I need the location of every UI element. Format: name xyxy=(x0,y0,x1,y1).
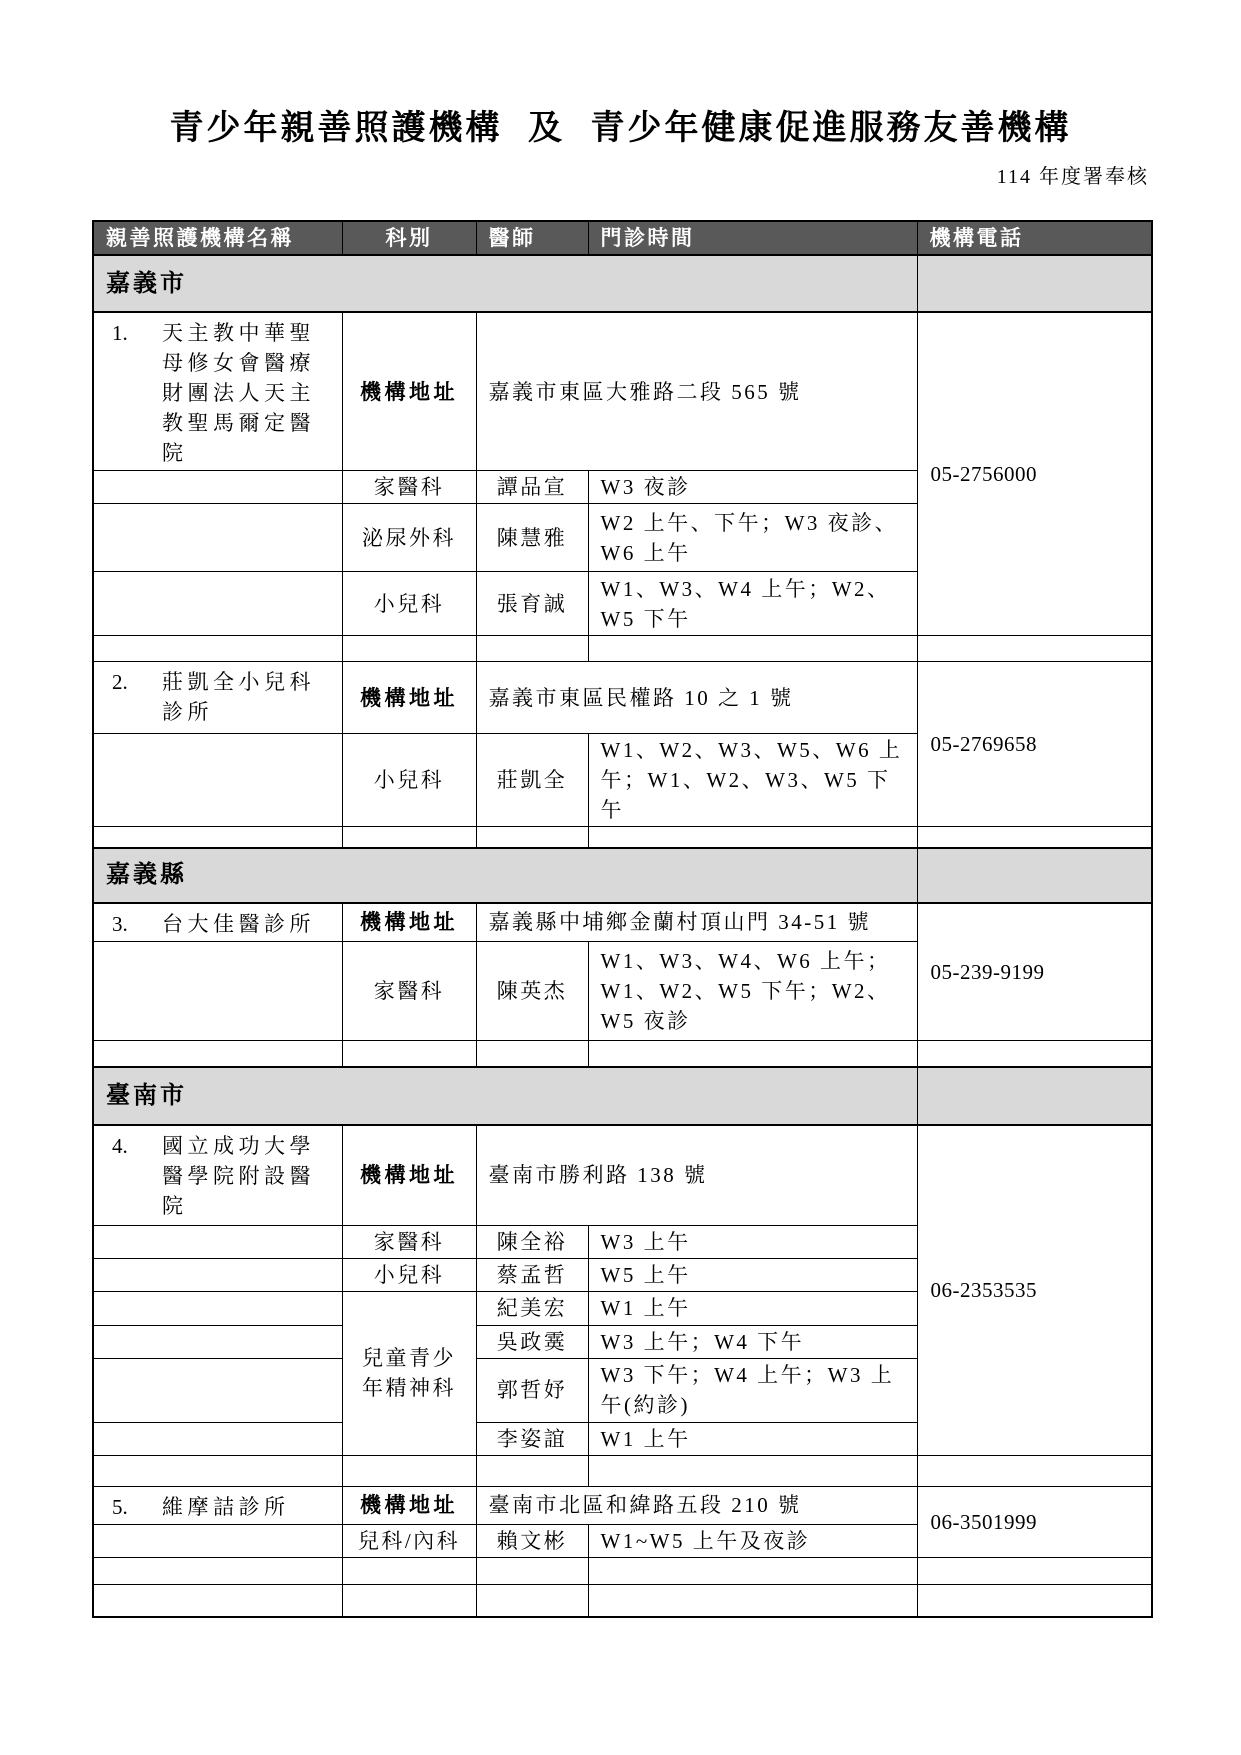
empty-cell xyxy=(93,941,342,1040)
hours-cell: W1、W3、W4、W6 上午；W1、W2、W5 下午；W2、W5 夜診 xyxy=(588,941,917,1040)
table-header-row: 親善照護機構名稱 科別 醫師 門診時間 機構電話 xyxy=(93,221,1152,255)
empty-cell xyxy=(93,1422,342,1455)
section-phone-cell xyxy=(917,1067,1152,1125)
header-cell-phone: 機構電話 xyxy=(917,221,1152,255)
page-title: 青少年親善照護機構 及 青少年健康促進服務友善機構 xyxy=(92,100,1149,149)
empty-cell xyxy=(588,636,917,662)
empty-cell xyxy=(93,636,342,662)
hours-cell: W1 上午 xyxy=(588,1422,917,1455)
empty-cell xyxy=(588,1455,917,1486)
section-label: 嘉義市 xyxy=(93,255,917,312)
institution-name: 維摩詰診所 xyxy=(162,1492,340,1522)
doctor-cell: 郭哲妤 xyxy=(476,1358,588,1422)
empty-cell xyxy=(342,1455,476,1486)
doctor-cell: 陳英杰 xyxy=(476,941,588,1040)
address-label: 機構地址 xyxy=(342,1125,476,1225)
institution-name-cell: 3. 台大佳醫診所 xyxy=(93,903,342,942)
empty-cell xyxy=(93,1557,342,1584)
empty-cell xyxy=(342,1557,476,1584)
empty-cell xyxy=(917,1455,1152,1486)
address-label: 機構地址 xyxy=(342,312,476,471)
doctor-cell: 張育誠 xyxy=(476,572,588,636)
empty-cell xyxy=(93,734,342,827)
phone-value: 05-2756000 xyxy=(917,312,1152,636)
institution-5-address-row: 5. 維摩詰診所 機構地址 臺南市北區和緯路五段 210 號 06-350199… xyxy=(93,1486,1152,1524)
address-label: 機構地址 xyxy=(342,903,476,942)
hours-cell: W1 上午 xyxy=(588,1291,917,1325)
institution-name: 台大佳醫診所 xyxy=(162,909,340,939)
section-row-chiayi-city: 嘉義市 xyxy=(93,255,1152,312)
section-label: 嘉義縣 xyxy=(93,848,917,903)
doctor-cell: 紀美宏 xyxy=(476,1291,588,1325)
empty-cell xyxy=(93,1258,342,1291)
institution-name: 莊凱全小兒科診所 xyxy=(162,667,340,727)
dept-cell: 小兒科 xyxy=(342,1258,476,1291)
institution-name: 天主教中華聖母修女會醫療財團法人天主教聖馬爾定醫院 xyxy=(162,318,340,468)
address-value: 嘉義市東區大雅路二段 565 號 xyxy=(476,312,917,471)
doctor-cell: 莊凱全 xyxy=(476,734,588,827)
address-value: 臺南市北區和緯路五段 210 號 xyxy=(476,1486,917,1524)
section-label: 臺南市 xyxy=(93,1067,917,1125)
empty-row xyxy=(93,1557,1152,1584)
doctor-cell: 譚品宣 xyxy=(476,471,588,504)
address-value: 嘉義縣中埔鄉金蘭村頂山門 34-51 號 xyxy=(476,903,917,942)
header-cell-hours: 門診時間 xyxy=(588,221,917,255)
empty-cell xyxy=(342,636,476,662)
dept-cell: 家醫科 xyxy=(342,1225,476,1258)
empty-cell xyxy=(93,1325,342,1358)
empty-cell xyxy=(917,827,1152,848)
hours-cell: W3 下午；W4 上午；W3 上午(約診) xyxy=(588,1358,917,1422)
document-page: 青少年親善照護機構 及 青少年健康促進服務友善機構 114 年度署奉核 親善照護… xyxy=(0,0,1241,1755)
empty-cell xyxy=(93,1040,342,1067)
doctor-cell: 吳政霙 xyxy=(476,1325,588,1358)
hours-cell: W2 上午、下午；W3 夜診、W6 上午 xyxy=(588,504,917,572)
empty-cell xyxy=(476,827,588,848)
hours-cell: W5 上午 xyxy=(588,1258,917,1291)
hours-cell: W3 上午；W4 下午 xyxy=(588,1325,917,1358)
dept-cell: 泌尿外科 xyxy=(342,504,476,572)
header-cell-doctor: 醫師 xyxy=(476,221,588,255)
empty-cell xyxy=(476,1040,588,1067)
institution-name-cell: 1. 天主教中華聖母修女會醫療財團法人天主教聖馬爾定醫院 xyxy=(93,312,342,471)
address-value: 臺南市勝利路 138 號 xyxy=(476,1125,917,1225)
section-phone-cell xyxy=(917,255,1152,312)
institution-name: 國立成功大學醫學院附設醫院 xyxy=(162,1131,340,1221)
phone-value: 05-239-9199 xyxy=(917,903,1152,1041)
spacer-row xyxy=(93,1040,1152,1067)
institution-number: 3. xyxy=(102,909,162,939)
section-phone-cell xyxy=(917,848,1152,903)
hours-cell: W3 夜診 xyxy=(588,471,917,504)
header-cell-name: 親善照護機構名稱 xyxy=(93,221,342,255)
institution-name-cell: 2. 莊凱全小兒科診所 xyxy=(93,662,342,734)
institution-number: 1. xyxy=(102,318,162,348)
institution-2-address-row: 2. 莊凱全小兒科診所 機構地址 嘉義市東區民權路 10 之 1 號 05-27… xyxy=(93,662,1152,734)
empty-cell xyxy=(476,1557,588,1584)
section-row-tainan-city: 臺南市 xyxy=(93,1067,1152,1125)
doctor-cell: 李姿誼 xyxy=(476,1422,588,1455)
empty-cell xyxy=(93,471,342,504)
empty-cell xyxy=(93,572,342,636)
empty-cell xyxy=(342,827,476,848)
empty-cell xyxy=(93,1584,342,1617)
header-cell-dept: 科別 xyxy=(342,221,476,255)
empty-cell xyxy=(476,636,588,662)
dept-cell: 家醫科 xyxy=(342,941,476,1040)
empty-cell xyxy=(917,636,1152,662)
section-row-chiayi-county: 嘉義縣 xyxy=(93,848,1152,903)
empty-cell xyxy=(476,1455,588,1486)
empty-cell xyxy=(588,1040,917,1067)
empty-cell xyxy=(917,1557,1152,1584)
dept-cell: 小兒科 xyxy=(342,734,476,827)
institution-1-address-row: 1. 天主教中華聖母修女會醫療財團法人天主教聖馬爾定醫院 機構地址 嘉義市東區大… xyxy=(93,312,1152,471)
empty-cell xyxy=(342,1040,476,1067)
doctor-cell: 賴文彬 xyxy=(476,1524,588,1557)
address-label: 機構地址 xyxy=(342,662,476,734)
doctor-cell: 陳慧雅 xyxy=(476,504,588,572)
care-institutions-table: 親善照護機構名稱 科別 醫師 門診時間 機構電話 嘉義市 1. 天主教中華聖母修… xyxy=(92,220,1153,1618)
institution-number: 5. xyxy=(102,1492,162,1522)
hours-cell: W3 上午 xyxy=(588,1225,917,1258)
empty-cell xyxy=(93,504,342,572)
empty-cell xyxy=(917,1040,1152,1067)
address-value: 嘉義市東區民權路 10 之 1 號 xyxy=(476,662,917,734)
phone-value: 05-2769658 xyxy=(917,662,1152,827)
institution-name-cell: 5. 維摩詰診所 xyxy=(93,1486,342,1524)
spacer-row xyxy=(93,1455,1152,1486)
empty-cell xyxy=(588,1557,917,1584)
empty-cell xyxy=(93,827,342,848)
dept-cell: 小兒科 xyxy=(342,572,476,636)
institution-4-address-row: 4. 國立成功大學醫學院附設醫院 機構地址 臺南市勝利路 138 號 06-23… xyxy=(93,1125,1152,1225)
empty-cell xyxy=(93,1225,342,1258)
empty-cell xyxy=(93,1358,342,1422)
empty-cell xyxy=(93,1291,342,1325)
phone-value: 06-2353535 xyxy=(917,1125,1152,1455)
institution-number: 4. xyxy=(102,1131,162,1161)
hours-cell: W1、W3、W4 上午；W2、W5 下午 xyxy=(588,572,917,636)
institution-3-address-row: 3. 台大佳醫診所 機構地址 嘉義縣中埔鄉金蘭村頂山門 34-51 號 05-2… xyxy=(93,903,1152,942)
empty-cell xyxy=(93,1524,342,1557)
spacer-row xyxy=(93,636,1152,662)
address-label: 機構地址 xyxy=(342,1486,476,1524)
spacer-row xyxy=(93,827,1152,848)
hours-cell: W1、W2、W3、W5、W6 上午；W1、W2、W3、W5 下午 xyxy=(588,734,917,827)
empty-row xyxy=(93,1584,1152,1617)
dept-cell: 兒童青少年精神科 xyxy=(342,1291,476,1455)
dept-cell: 家醫科 xyxy=(342,471,476,504)
empty-cell xyxy=(588,1584,917,1617)
empty-cell xyxy=(93,1455,342,1486)
hours-cell: W1~W5 上午及夜診 xyxy=(588,1524,917,1557)
dept-cell: 兒科/內科 xyxy=(342,1524,476,1557)
doctor-cell: 蔡孟哲 xyxy=(476,1258,588,1291)
institution-name-cell: 4. 國立成功大學醫學院附設醫院 xyxy=(93,1125,342,1225)
phone-value: 06-3501999 xyxy=(917,1486,1152,1557)
empty-cell xyxy=(588,827,917,848)
doctor-cell: 陳全裕 xyxy=(476,1225,588,1258)
empty-cell xyxy=(917,1584,1152,1617)
empty-cell xyxy=(476,1584,588,1617)
institution-number: 2. xyxy=(102,667,162,697)
empty-cell xyxy=(342,1584,476,1617)
approval-note: 114 年度署奉核 xyxy=(92,160,1149,189)
